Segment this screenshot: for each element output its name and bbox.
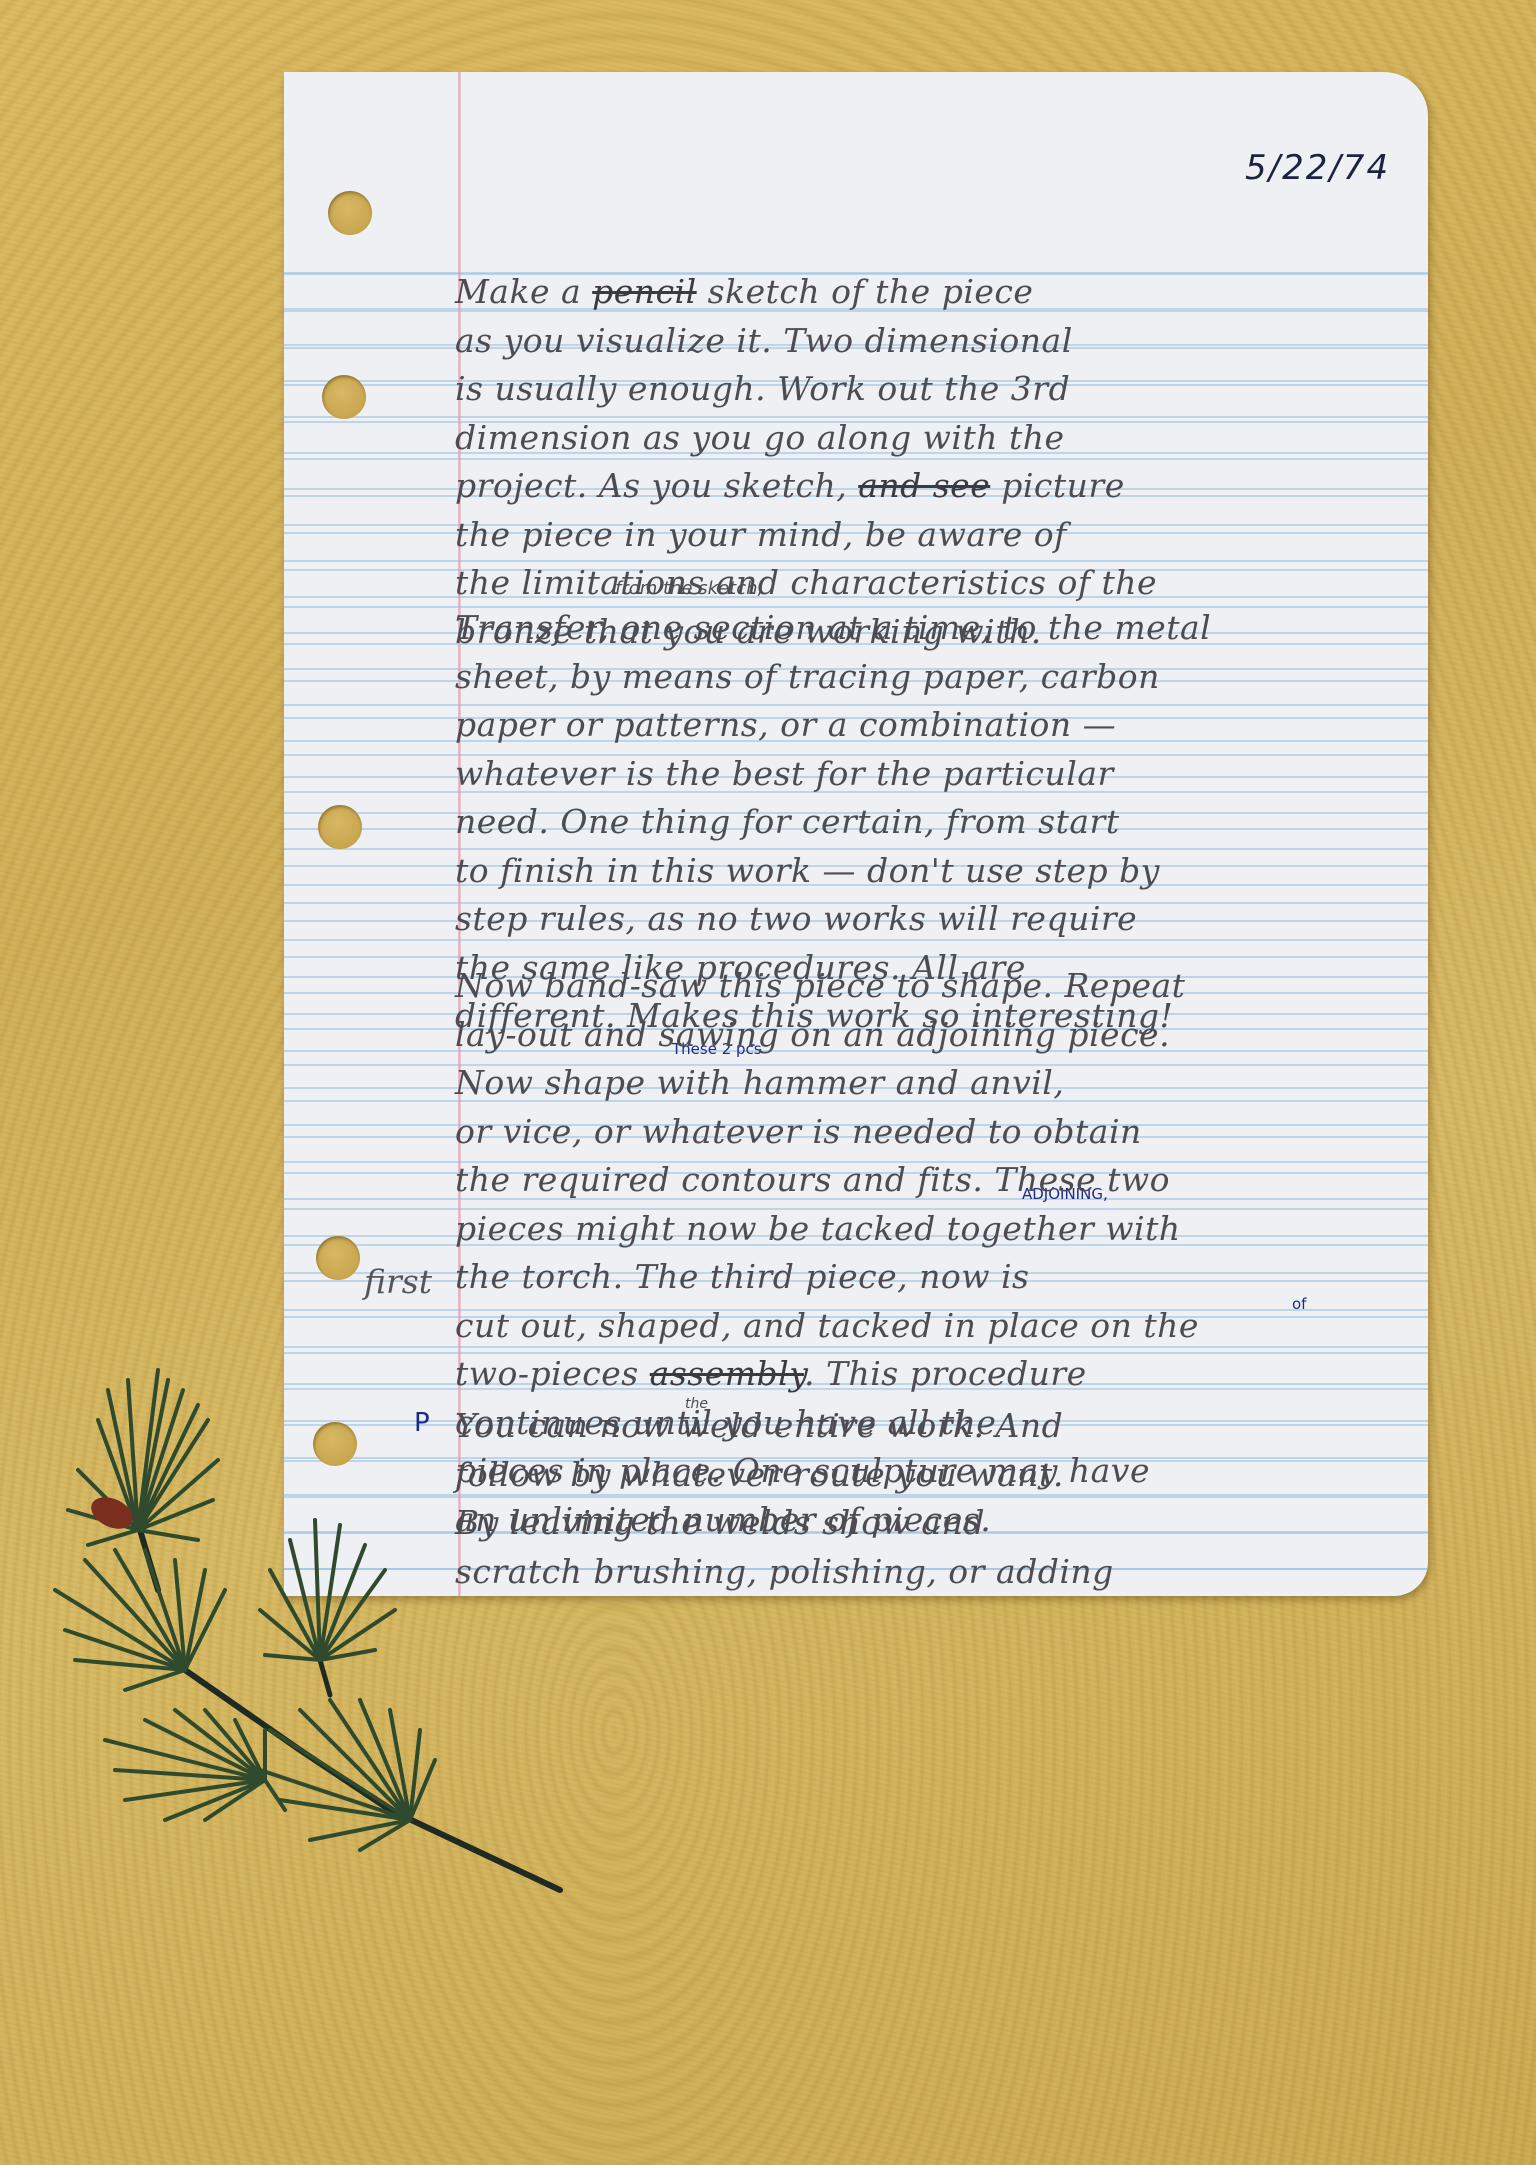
text-line: sheet, by means of tracing paper, carbon xyxy=(455,653,1415,702)
text-line: the limitations and characteristics of t… xyxy=(455,559,1415,608)
binder-hole xyxy=(322,375,366,419)
text-line: Transfer, one section at a time, to the … xyxy=(455,604,1415,653)
text-line: paper or patterns, or a combination — xyxy=(455,701,1415,750)
text-line: the torch. The third piece, now is xyxy=(455,1253,1415,1302)
text-line: is usually enough. Work out the 3rd xyxy=(455,365,1415,414)
text-line: as you visualize it. Two dimensional xyxy=(455,317,1415,366)
binder-hole xyxy=(318,805,362,849)
outdent-word: first xyxy=(364,1262,432,1301)
text-line: Make a pencil sketch of the piece xyxy=(455,268,1415,317)
text-line: lay-out and sawing on an adjoining piece… xyxy=(455,1011,1415,1060)
text-line: the piece in your mind, be aware of xyxy=(455,511,1415,560)
pencil-insertion: from the sketch, xyxy=(615,578,763,599)
text-line: or vice, or whatever is needed to obtain xyxy=(455,1108,1415,1157)
text-line: whatever is the best for the particular xyxy=(455,750,1415,799)
text-line: pieces might now be tacked together with xyxy=(455,1205,1415,1254)
paragraph-1: Make a pencil sketch of the piece as you… xyxy=(455,268,1415,656)
text-line: Now shape with hammer and anvil, xyxy=(455,1059,1415,1108)
date-stamp: 5/22/74 xyxy=(1245,148,1390,188)
text-line: dimension as you go along with the xyxy=(455,414,1415,463)
text-line: step rules, as no two works will require xyxy=(455,895,1415,944)
pine-branch-illustration xyxy=(20,1350,620,2165)
binder-hole xyxy=(316,1236,360,1280)
text-line: Now band-saw this piece to shape. Repeat xyxy=(455,962,1415,1011)
binder-hole xyxy=(328,191,372,235)
text-line: need. One thing for certain, from start xyxy=(455,798,1415,847)
text-line: cut out, shaped, and tacked in place on … xyxy=(455,1302,1415,1351)
text-line: the required contours and fits. These tw… xyxy=(455,1156,1415,1205)
text-line: project. As you sketch, and see picture xyxy=(455,462,1415,511)
text-line: to finish in this work — don't use step … xyxy=(455,847,1415,896)
